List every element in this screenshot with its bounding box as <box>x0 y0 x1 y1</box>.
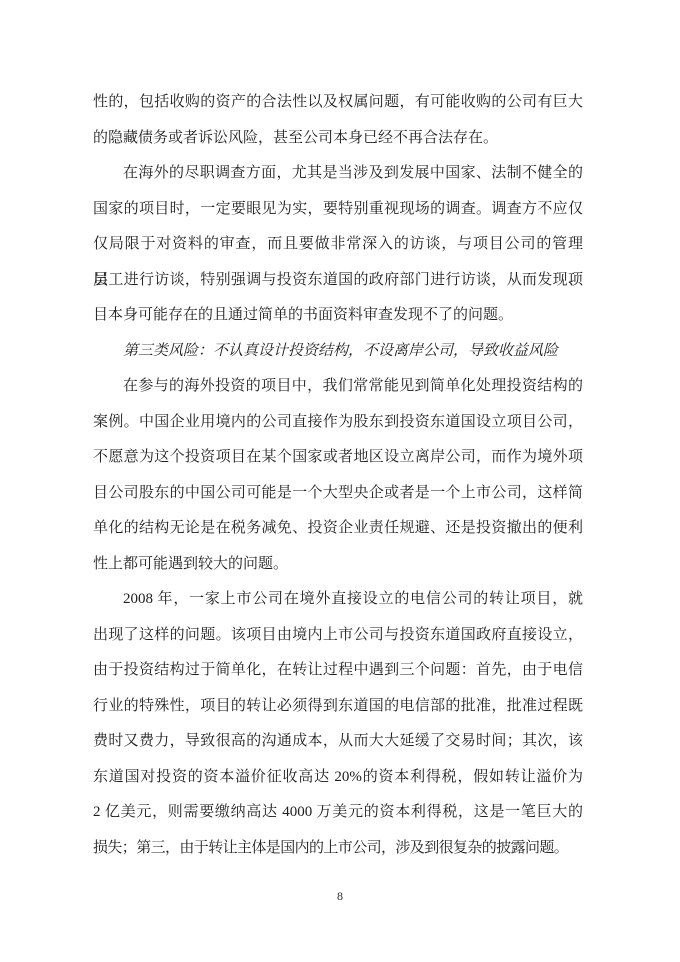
document-page: 性的，包括收购的资产的合法性以及权属问题，有可能收购的公司有巨大的隐藏债务或者诉… <box>0 0 680 962</box>
text-body: 性的，包括收购的资产的合法性以及权属问题，有可能收购的公司有巨大的隐藏债务或者诉… <box>93 85 583 866</box>
text-line: 出现了这样的问题。该项目由境内上市公司与投资东道国政府直接设立， <box>93 618 583 654</box>
text-line: 目本身可能存在的且通过简单的书面资料审查发现不了的问题。 <box>93 298 583 334</box>
section-heading: 第三类风险：不认真设计投资结构，不设离岸公司，导致收益风险 <box>93 334 583 370</box>
text-line: 性的，包括收购的资产的合法性以及权属问题，有可能收购的公司有巨大 <box>93 85 583 121</box>
text-line: 由于投资结构过于简单化，在转让过程中遇到三个问题：首先，由于电信 <box>93 653 583 689</box>
text-line: 仅局限于对资料的审查，而且要做非常深入的访谈，与项目公司的管理层、 <box>93 227 583 263</box>
text-line: 员工进行访谈，特别强调与投资东道国的政府部门进行访谈，从而发现项 <box>93 263 583 299</box>
text-line: 在参与的海外投资的项目中，我们常常能见到简单化处理投资结构的 <box>93 369 583 405</box>
text-line: 目公司股东的中国公司可能是一个大型央企或者是一个上市公司，这样简 <box>93 476 583 512</box>
text-line: 费时又费力，导致很高的沟通成本，从而大大延缓了交易时间；其次，该 <box>93 724 583 760</box>
text-line: 在海外的尽职调查方面，尤其是当涉及到发展中国家、法制不健全的 <box>93 156 583 192</box>
text-line: 性上都可能遇到较大的问题。 <box>93 547 583 583</box>
text-line: 单化的结构无论是在税务减免、投资企业责任规避、还是投资撤出的便利 <box>93 511 583 547</box>
text-line: 2 亿美元，则需要缴纳高达 4000 万美元的资本利得税，这是一笔巨大的 <box>93 795 583 831</box>
text-line: 国家的项目时，一定要眼见为实，要特别重视现场的调查。调查方不应仅 <box>93 192 583 228</box>
text-line: 的隐藏债务或者诉讼风险，甚至公司本身已经不再合法存在。 <box>93 121 583 157</box>
text-line: 案例。中国企业用境内的公司直接作为股东到投资东道国设立项目公司， <box>93 405 583 441</box>
page-number: 8 <box>0 889 680 903</box>
text-line: 行业的特殊性，项目的转让必须得到东道国的电信部的批准，批准过程既 <box>93 689 583 725</box>
text-line: 东道国对投资的资本溢价征收高达 20%的资本利得税，假如转让溢价为 <box>93 760 583 796</box>
text-line: 损失；第三，由于转让主体是国内的上市公司，涉及到很复杂的披露问题。 <box>93 831 583 867</box>
text-line: 不愿意为这个投资项目在某个国家或者地区设立离岸公司，而作为境外项 <box>93 440 583 476</box>
text-line: 2008 年，一家上市公司在境外直接设立的电信公司的转让项目，就 <box>93 582 583 618</box>
